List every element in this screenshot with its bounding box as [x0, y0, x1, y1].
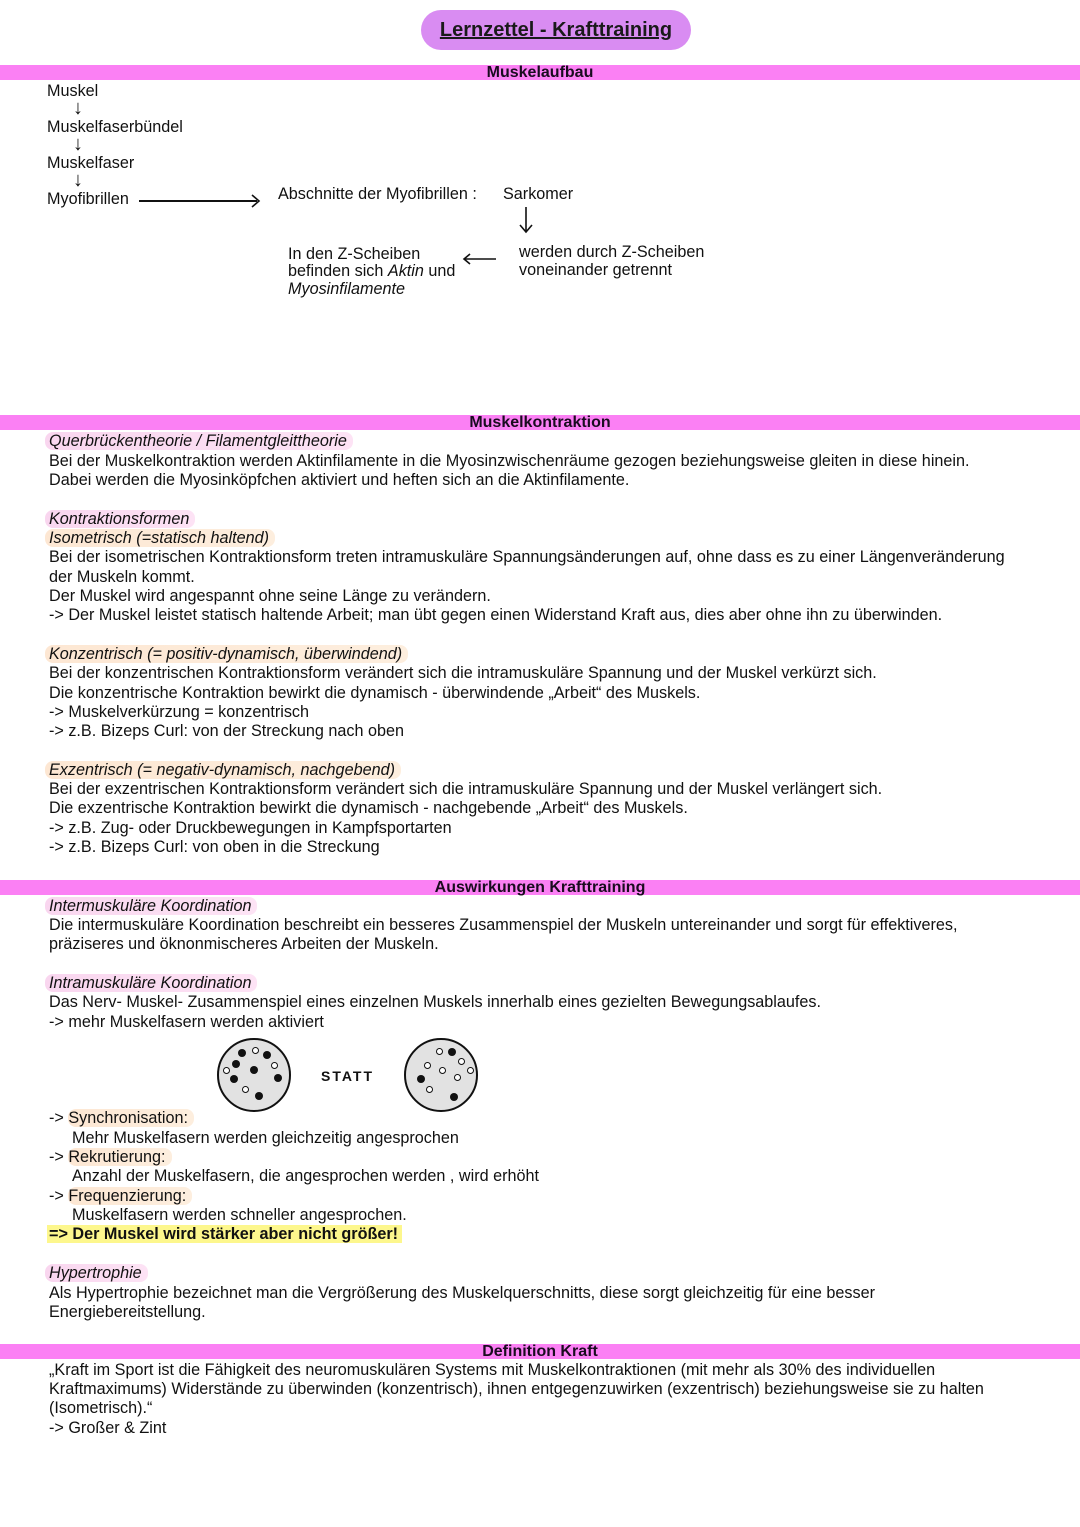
exzentrisch-text-line: -> z.B. Zug- oder Druckbewegungen in Kam… [49, 819, 452, 838]
myosinfilamente-term: Myosinfilamente [288, 280, 405, 299]
point-text: Anzahl der Muskelfasern, die angesproche… [72, 1167, 539, 1186]
arrow-left-icon [462, 252, 498, 266]
definition-text-line: Kraftmaximums) Widerstände zu überwinden… [49, 1380, 984, 1399]
konzentrisch-heading-text: Konzentrisch (= positiv-dynamisch, überw… [45, 645, 408, 663]
formen-heading-text: Kontraktionsformen [45, 510, 195, 528]
section-header-muskelaufbau: Muskelaufbau [0, 65, 1080, 80]
point-label: Rekrutierung: [68, 1148, 171, 1166]
exzentrisch-heading: Exzentrisch (= negativ-dynamisch, nachge… [49, 761, 401, 780]
definition-text-line: (Isometrisch).“ [49, 1399, 152, 1418]
exzentrisch-text-line: -> z.B. Bizeps Curl: von oben in die Str… [49, 838, 380, 857]
muscle-fiber-diagram-few-active [404, 1038, 478, 1112]
definition-text-line: „Kraft im Sport ist die Fähigkeit des ne… [49, 1361, 935, 1380]
point-rekrutierung: -> Rekrutierung: [49, 1148, 172, 1167]
isometrisch-text-line: Bei der isometrischen Kontraktionsform t… [49, 548, 1005, 567]
intra-heading: Intramuskuläre Koordination [49, 974, 257, 993]
section-header-auswirkungen: Auswirkungen Krafttraining [0, 880, 1080, 895]
theorie-heading-text: Querbrückentheorie / Filamentgleittheori… [45, 432, 353, 450]
exzentrisch-text-line: Bei der exzentrischen Kontraktionsform v… [49, 780, 882, 799]
aktin-term: Aktin [388, 262, 424, 280]
point-synchronisation: -> Synchronisation: [49, 1109, 194, 1128]
hierarchy-muskelfaserbuendel: Muskelfaserbündel [47, 118, 183, 137]
statt-label: STATT [321, 1067, 374, 1086]
inter-heading-text: Intermuskuläre Koordination [45, 897, 257, 915]
sarkomer-label: Sarkomer [503, 185, 573, 204]
abschnitte-label: Abschnitte der Myofibrillen : [278, 185, 477, 204]
formen-heading: Kontraktionsformen [49, 510, 195, 529]
page-title: Lernzettel - Krafttraining [421, 10, 691, 50]
intra-text-line: -> mehr Muskelfasern werden aktiviert [49, 1013, 324, 1032]
hyper-heading: Hypertrophie [49, 1264, 148, 1283]
arrow-down-icon: ↓ [73, 134, 83, 154]
arrow-right-icon [250, 194, 262, 208]
definition-source: -> Großer & Zint [49, 1419, 166, 1438]
point-arrow: -> [49, 1187, 68, 1205]
konzentrisch-heading: Konzentrisch (= positiv-dynamisch, überw… [49, 645, 408, 664]
intra-heading-text: Intramuskuläre Koordination [45, 974, 257, 992]
inter-text-line: präziseres und öknonmischeres Arbeiten d… [49, 935, 439, 954]
exzentrisch-heading-text: Exzentrisch (= negativ-dynamisch, nachge… [45, 761, 401, 779]
muscle-fiber-diagram-many-active [217, 1038, 291, 1112]
section-header-muskelkontraktion: Muskelkontraktion [0, 415, 1080, 430]
text-fragment: befinden sich [288, 262, 388, 280]
isometrisch-text-line: der Muskeln kommt. [49, 568, 195, 587]
konzentrisch-text-line: Die konzentrische Kontraktion bewirkt di… [49, 684, 700, 703]
text-fragment: und [424, 262, 456, 280]
hyper-text-line: Als Hypertrophie bezeichnet man die Verg… [49, 1284, 875, 1303]
z-scheiben-right-line2: voneinander getrennt [519, 261, 672, 280]
isometrisch-heading-text: Isometrisch (=statisch haltend) [45, 529, 275, 547]
isometrisch-heading: Isometrisch (=statisch haltend) [49, 529, 275, 548]
section-header-definition: Definition Kraft [0, 1344, 1080, 1359]
conclusion: => Der Muskel wird stärker aber nicht gr… [49, 1225, 402, 1244]
theorie-heading: Querbrückentheorie / Filamentgleittheori… [49, 432, 353, 451]
arrow-down-icon [518, 206, 534, 234]
hyper-text-line: Energiebereitstellung. [49, 1303, 206, 1322]
arrow-right-line [139, 200, 257, 202]
point-label: Frequenzierung: [68, 1187, 192, 1205]
hierarchy-myofibrillen: Myofibrillen [47, 190, 129, 209]
konzentrisch-text-line: -> z.B. Bizeps Curl: von der Streckung n… [49, 722, 404, 741]
point-arrow: -> [49, 1148, 68, 1166]
hierarchy-muskelfaser: Muskelfaser [47, 154, 134, 173]
z-scheiben-left-line2: befinden sich Aktin und [288, 262, 455, 281]
point-text: Muskelfasern werden schneller angesproch… [72, 1206, 407, 1225]
inter-text-line: Die intermuskuläre Koordination beschrei… [49, 916, 957, 935]
theorie-text-line: Bei der Muskelkontraktion werden Aktinfi… [49, 452, 970, 471]
isometrisch-text-line: Der Muskel wird angespannt ohne seine Lä… [49, 587, 491, 606]
arrow-down-icon: ↓ [73, 98, 83, 118]
inter-heading: Intermuskuläre Koordination [49, 897, 257, 916]
konzentrisch-text-line: Bei der konzentrischen Kontraktionsform … [49, 664, 877, 683]
intra-text-line: Das Nerv- Muskel- Zusammenspiel eines ei… [49, 993, 821, 1012]
isometrisch-text-line: -> Der Muskel leistet statisch haltende … [49, 606, 942, 625]
hyper-heading-text: Hypertrophie [45, 1264, 148, 1282]
theorie-text-line: Dabei werden die Myosinköpfchen aktivier… [49, 471, 629, 490]
arrow-down-icon: ↓ [73, 170, 83, 190]
conclusion-text: => Der Muskel wird stärker aber nicht gr… [47, 1225, 402, 1243]
point-arrow: -> [49, 1109, 68, 1127]
exzentrisch-text-line: Die exzentrische Kontraktion bewirkt die… [49, 799, 688, 818]
konzentrisch-text-line: -> Muskelverkürzung = konzentrisch [49, 703, 309, 722]
point-frequenzierung: -> Frequenzierung: [49, 1187, 192, 1206]
z-scheiben-right-line1: werden durch Z-Scheiben [519, 243, 704, 262]
point-label: Synchronisation: [68, 1109, 194, 1127]
point-text: Mehr Muskelfasern werden gleichzeitig an… [72, 1129, 459, 1148]
